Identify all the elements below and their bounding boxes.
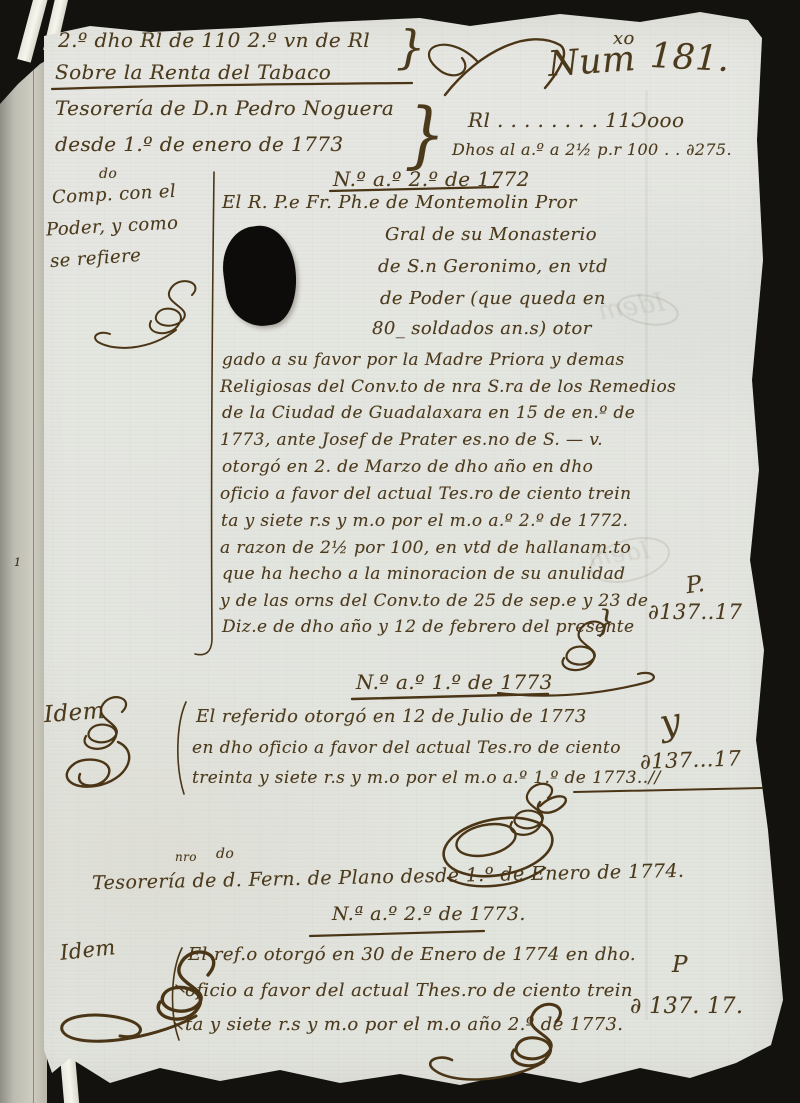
folio-mark: 1 — [14, 556, 21, 569]
entry2-margin-label: Idem — [43, 698, 106, 728]
entry3-amount-value: ∂ 137. 17. — [630, 994, 743, 1019]
treasury2-sup-1: nro — [175, 850, 197, 864]
manuscript-line: de S.n Geronimo, en vtd — [378, 256, 608, 277]
manuscript-line: 1773, ante Josef de Prater es.no de S. —… — [220, 430, 603, 450]
entry2-amount-label: y — [657, 701, 685, 745]
manuscript-line: Gral de su Monasterio — [385, 224, 597, 245]
treasury1-amount-1: Rl . . . . . . . . 11Ɔooo — [468, 108, 684, 132]
entry3-heading: N.ª a.º 2.º de 1773. — [332, 903, 526, 925]
manuscript-line: de la Ciudad de Guadalaxara en 15 de en.… — [222, 403, 635, 423]
manuscript-line: Religiosas del Conv.to de nra S.ra de lo… — [220, 377, 676, 397]
margin-note-sup: do — [99, 166, 117, 182]
document-number-value: 181. — [649, 36, 731, 80]
entry3-amount-label: P — [672, 952, 688, 978]
manuscript-line: El referido otorgó en 12 de Julio de 177… — [196, 706, 587, 727]
header-line-2: Sobre la Renta del Tabaco — [55, 60, 331, 84]
entry2-heading: N.º a.º 1.º de 1773 — [356, 670, 553, 694]
manuscript-line: El R. P.e Fr. Ph.e de Montemolin Pror — [222, 192, 577, 213]
manuscript-line: y de las orns del Conv.to de 25 de sep.e… — [220, 591, 648, 611]
adjacent-page-edge — [0, 0, 47, 1103]
manuscript-line: que ha hecho a la minoracion de su anuli… — [222, 564, 625, 584]
manuscript-line: en dho oficio a favor del actual Tes.ro … — [192, 738, 621, 758]
manuscript-line: otorgó en 2. de Marzo de dho año en dho — [222, 457, 593, 477]
treasury1-line-1: Tesorería de D.n Pedro Noguera — [55, 96, 394, 120]
margin-note-line-2: Poder, y como — [46, 213, 179, 241]
entry2-amount-value: ∂137...17 — [640, 746, 742, 774]
manuscript-line: a razon de 2½ por 100, en vtd de hallana… — [220, 538, 631, 558]
treasury2-line: Tesorería de d. Fern. de Plano desde 1.º… — [92, 860, 685, 894]
manuscript-page: 2.º dho Rl de 110 2.º vn de Rl Sobre la … — [0, 0, 800, 1103]
header-line-1: 2.º dho Rl de 110 2.º vn de Rl — [58, 28, 370, 52]
manuscript-line: El ref.o otorgó en 30 de Enero de 1774 e… — [188, 944, 636, 965]
manuscript-line: gado a su favor por la Madre Priora y de… — [222, 350, 625, 370]
margin-note-line-1: Comp. con el — [52, 181, 177, 208]
entry1-close-brace: } — [596, 604, 616, 639]
paper-hole — [217, 221, 302, 330]
manuscript-line: 80_ soldados an.s) otor — [372, 318, 592, 339]
treasury2-sup-2: do — [216, 846, 234, 862]
entry1-amount-value: ∂137..17 — [648, 600, 742, 624]
document-number-sup: xo — [613, 28, 635, 49]
treasury1-brace: } — [404, 92, 446, 176]
entry3-margin-label: Idem — [59, 935, 117, 965]
show-through-text: Idem — [596, 287, 666, 326]
treasury1-line-2: desde 1.º de enero de 1773 — [55, 132, 344, 156]
manuscript-line: ta y siete r.s y m.o por el m.o a.º 2.º … — [221, 511, 628, 531]
treasury1-amount-2: Dhos al a.º a 2½ p.r 100 . . ∂275. — [452, 140, 732, 159]
manuscript-line: oficio a favor del actual Tes.ro de cien… — [220, 484, 631, 504]
header-brace: } — [396, 20, 426, 74]
manuscript-line: Diz.e de dho año y 12 de febrero del pre… — [222, 617, 635, 637]
manuscript-line: de Poder (que queda en — [380, 288, 606, 309]
entry1-amount-label: P. — [684, 571, 706, 599]
manuscript-line: oficio a favor del actual Thes.ro de cie… — [185, 980, 633, 1001]
entry1-heading: N.º a.º 2.º de 1772 — [333, 167, 530, 191]
margin-note-line-3: se refiere — [49, 245, 141, 272]
manuscript-line: treinta y siete r.s y m.o por el m.o a.º… — [192, 768, 661, 788]
binding-crease — [33, 70, 34, 1103]
manuscript-line: ta y siete r.s y m.o por el m.o año 2.º … — [185, 1014, 623, 1035]
manuscript-scan: 1 2.º dho Rl de 110 2.º vn de Rl Sobre l… — [0, 0, 800, 1103]
